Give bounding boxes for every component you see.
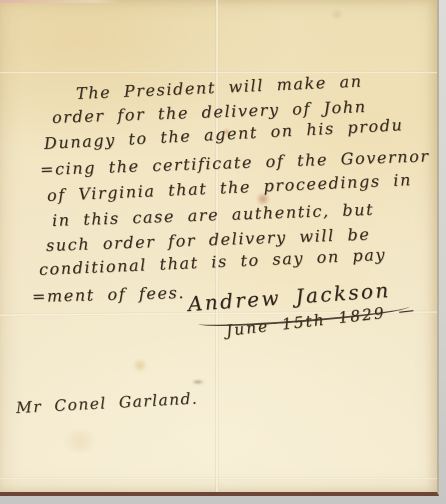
handwriting-layer: The President will make an order for the… bbox=[0, 0, 437, 492]
recipient-line: Mr Conel Garland. bbox=[16, 389, 199, 417]
letter-line-9: =ment of fees. bbox=[32, 283, 186, 306]
scanner-background: The President will make an order for the… bbox=[0, 0, 446, 504]
letter-paper: The President will make an order for the… bbox=[0, 0, 439, 496]
